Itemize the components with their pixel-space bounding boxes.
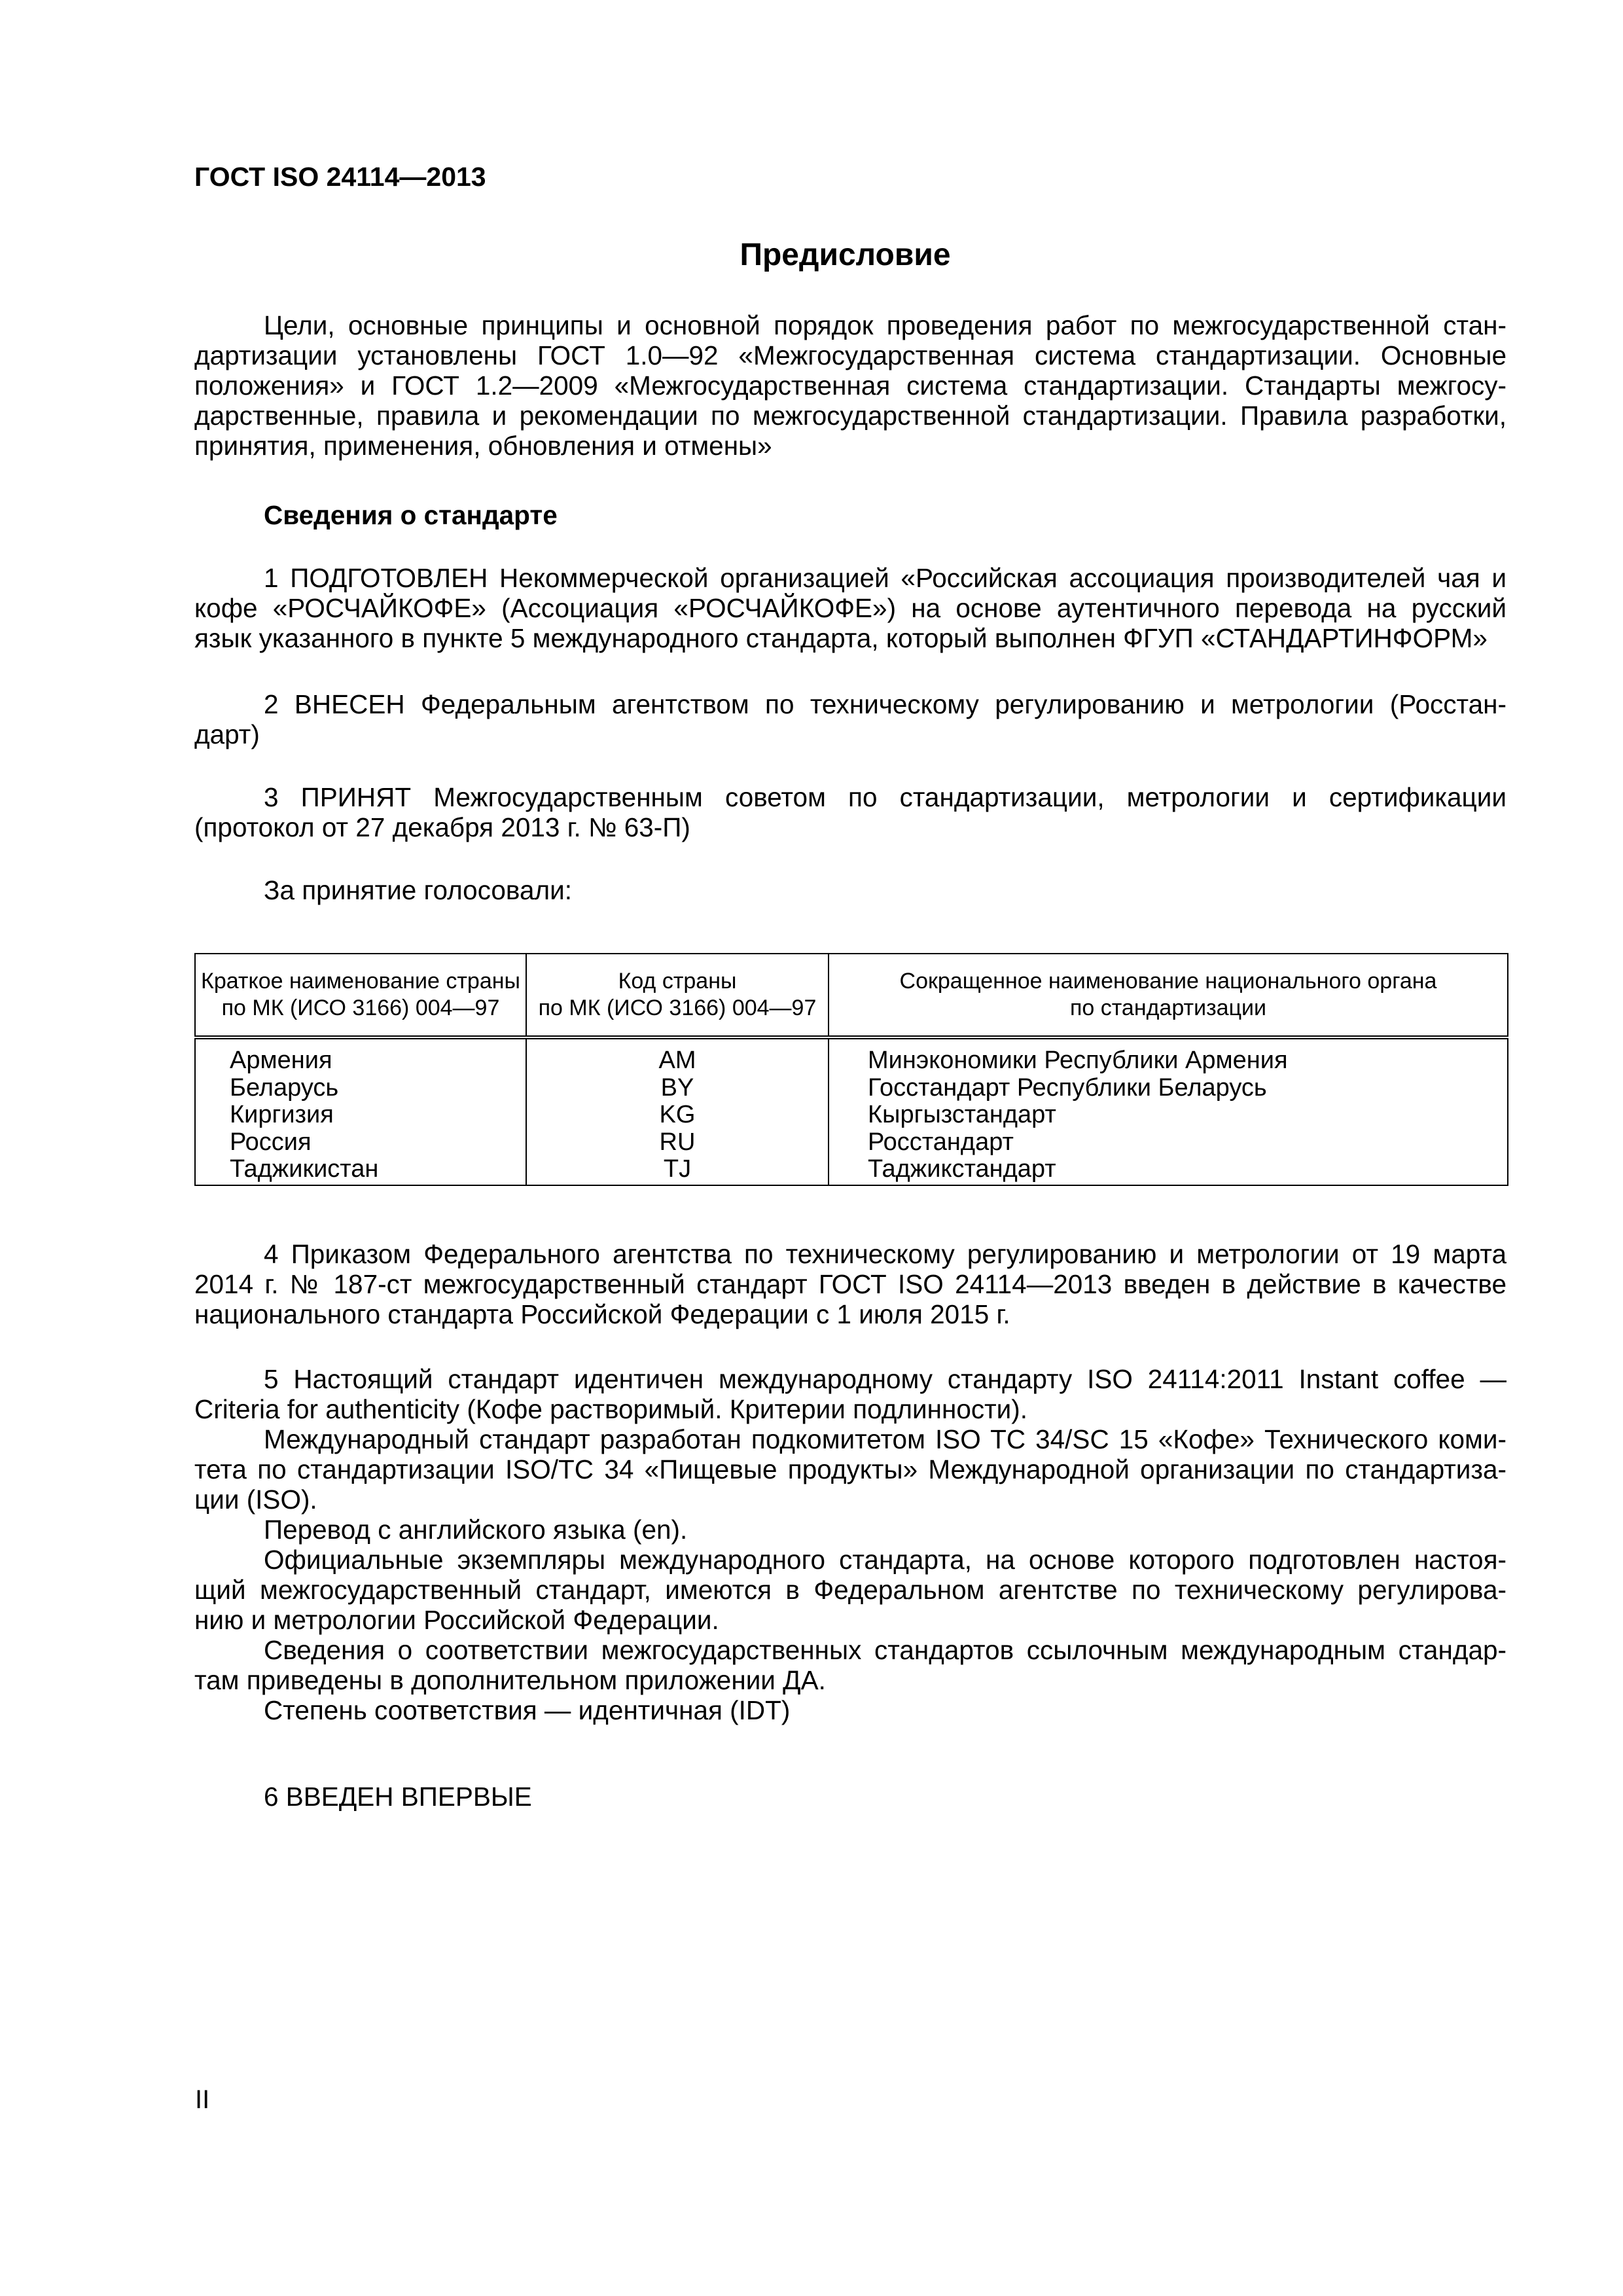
- cell-code: KG: [526, 1102, 829, 1129]
- text-line: нию и метрологии Российской Федерации.: [194, 1605, 1507, 1635]
- table-header-row: Краткое наименование страныпо МК (ИСО 31…: [195, 954, 1508, 1037]
- text-line: дарт): [194, 719, 1507, 749]
- cell-code: BY: [526, 1075, 829, 1102]
- text-line: ции (ISO).: [194, 1484, 1507, 1515]
- cell-country: Беларусь: [195, 1075, 526, 1102]
- item-5-paragraph: 5 Настоящий стандарт идентичен междунаро…: [194, 1364, 1507, 1725]
- text-line: 2 ВНЕСЕН Федеральным агентством по техни…: [194, 689, 1507, 719]
- text-line: 2014 г. № 187-ст межгосударственный стан…: [194, 1269, 1507, 1299]
- text-line: национального стандарта Российской Федер…: [194, 1299, 1507, 1329]
- text-line: (протокол от 27 декабря 2013 г. № 63-П): [194, 812, 1507, 842]
- cell-country: Таджикистан: [195, 1156, 526, 1185]
- text-line: щий межгосударственный стандарт, имеются…: [194, 1575, 1507, 1605]
- cell-country: Россия: [195, 1129, 526, 1157]
- page-title-text: Предисловие: [740, 238, 950, 272]
- text-line: Criteria for authenticity (Кофе раствори…: [194, 1394, 1507, 1424]
- column-header-code: Код страныпо МК (ИСО 3166) 004—97: [526, 954, 829, 1037]
- text-line: Сведения о соответствии межгосударственн…: [194, 1635, 1507, 1665]
- intro-paragraph: Цели, основные принципы и основной поряд…: [194, 310, 1507, 461]
- text-line: тета по стандартизации ISO/TC 34 «Пищевы…: [194, 1454, 1507, 1484]
- vote-label: За принятие голосовали:: [264, 875, 572, 905]
- cell-body: Госстандарт Республики Беларусь: [829, 1075, 1508, 1102]
- table-row: Беларусь BY Госстандарт Республики Белар…: [195, 1075, 1508, 1102]
- text-line: дарственные, правила и рекомендации по м…: [194, 401, 1507, 431]
- cell-country: Киргизия: [195, 1102, 526, 1129]
- table-row: Россия RU Росстандарт: [195, 1129, 1508, 1157]
- text-line: Степень соответствия — идентичная (IDT): [194, 1695, 1507, 1725]
- section-heading: Сведения о стандарте: [264, 500, 558, 530]
- item-4-paragraph: 4 Приказом Федерального агентства по тех…: [194, 1239, 1507, 1329]
- text-line: Перевод с английского языка (en).: [194, 1515, 1507, 1545]
- text-line: Официальные экземпляры международного ст…: [194, 1545, 1507, 1575]
- text-line: 5 Настоящий стандарт идентичен междунаро…: [194, 1364, 1507, 1394]
- text-line: 3 ПРИНЯТ Межгосударственным советом по с…: [194, 782, 1507, 812]
- column-header-country: Краткое наименование страныпо МК (ИСО 31…: [195, 954, 526, 1037]
- voting-table: Краткое наименование страныпо МК (ИСО 31…: [194, 953, 1508, 1186]
- page-number: II: [195, 2085, 209, 2115]
- table-row: Таджикистан TJ Таджикстандарт: [195, 1156, 1508, 1185]
- page-title: Предисловие: [194, 237, 1507, 273]
- cell-body: Минэкономики Республики Армения: [829, 1037, 1508, 1075]
- cell-code: AM: [526, 1037, 829, 1075]
- cell-code: RU: [526, 1129, 829, 1157]
- text-line: принятия, применения, обновления и отмен…: [194, 431, 1507, 461]
- cell-country: Армения: [195, 1037, 526, 1075]
- cell-body: Росстандарт: [829, 1129, 1508, 1157]
- cell-body: Таджикстандарт: [829, 1156, 1508, 1185]
- text-line: дартизации установлены ГОСТ 1.0—92 «Межг…: [194, 340, 1507, 370]
- column-header-body: Сокращенное наименование национального о…: [829, 954, 1508, 1037]
- text-line: там приведены в дополнительном приложени…: [194, 1665, 1507, 1695]
- document-header: ГОСТ ISO 24114—2013: [194, 162, 486, 192]
- item-1-paragraph: 1 ПОДГОТОВЛЕН Некоммерческой организацие…: [194, 563, 1507, 653]
- cell-body: Кыргызстандарт: [829, 1102, 1508, 1129]
- table-row: Армения AM Минэкономики Республики Армен…: [195, 1037, 1508, 1075]
- text-line: 1 ПОДГОТОВЛЕН Некоммерческой организацие…: [194, 563, 1507, 593]
- text-line: Международный стандарт разработан подком…: [194, 1424, 1507, 1454]
- item-2-paragraph: 2 ВНЕСЕН Федеральным агентством по техни…: [194, 689, 1507, 749]
- text-line: кофе «РОСЧАЙКОФЕ» (Ассоциация «РОСЧАЙКОФ…: [194, 593, 1507, 623]
- text-line: Цели, основные принципы и основной поряд…: [194, 310, 1507, 340]
- table-row: Киргизия KG Кыргызстандарт: [195, 1102, 1508, 1129]
- text-line: 4 Приказом Федерального агентства по тех…: [194, 1239, 1507, 1269]
- item-3-paragraph: 3 ПРИНЯТ Межгосударственным советом по с…: [194, 782, 1507, 842]
- text-line: язык указанного в пункте 5 международног…: [194, 623, 1507, 653]
- item-6-paragraph: 6 ВВЕДЕН ВПЕРВЫЕ: [264, 1782, 532, 1812]
- cell-code: TJ: [526, 1156, 829, 1185]
- text-line: положения» и ГОСТ 1.2—2009 «Межгосударст…: [194, 370, 1507, 401]
